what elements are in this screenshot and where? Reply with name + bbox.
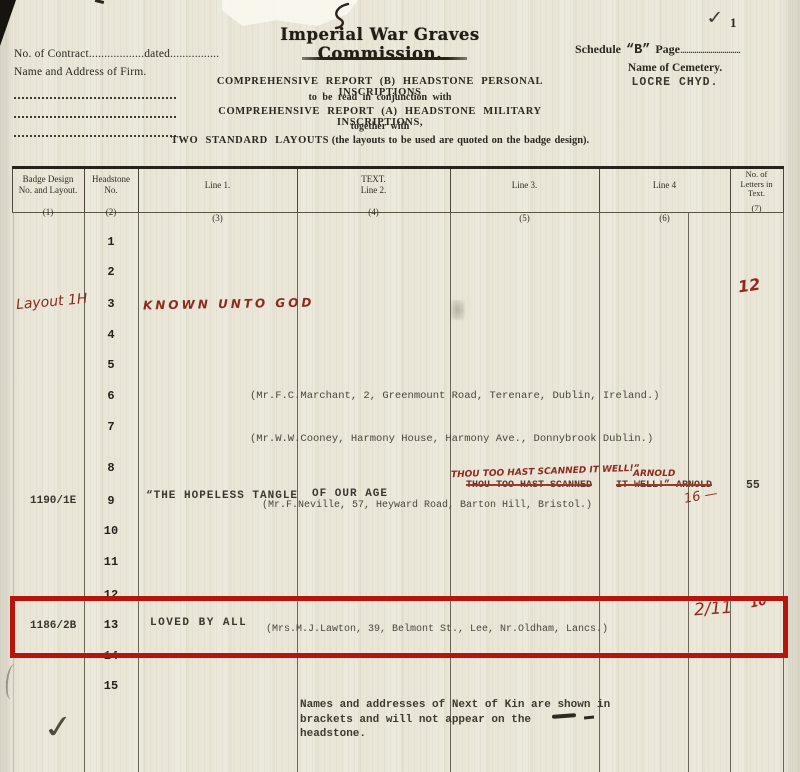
firm-line: Name and Address of Firm. [14,66,146,78]
layouts-label: TWO STANDARD LAYOUTS [171,135,329,146]
cemetery-name: LOCRE CHYD. [575,76,775,89]
column-rule [138,213,139,772]
page-label: Page [655,42,680,56]
headstone-number-2: 2 [84,265,138,279]
column-header-3: Line 1. (3) [138,167,297,225]
column-header-1: Badge Design No. and Layout. (1) [12,167,84,219]
headstone-number-1: 1 [84,235,138,249]
cemetery-label: Name of Cemetery. [575,62,775,74]
headstone-number-11: 11 [84,555,138,569]
schedule-letter: “B” [624,43,652,58]
paper-tear [222,0,358,26]
scanned-document: ✓ 1 No. of Contract..................dat… [0,0,800,772]
row9-letter-count: 55 [746,479,760,492]
headstone-number-7: 7 [84,420,138,434]
footnote-line1: Names and addresses of Next of Kin are s… [300,698,610,713]
column-header-5: Line 3. (5) [450,167,599,225]
corner-shadow-mark [0,0,16,46]
row9-struck-text-a: THOU TOO HAST SCANNED [466,480,592,491]
headstone-number-8: 8 [84,461,138,475]
footnote-line2: brackets and will not appear on the [300,713,610,728]
schedule-line: Schedule “B” Page.......................… [575,42,775,58]
row9-badge-design: 1190/1E [30,495,76,507]
row13-handwritten-number: 2/11 [693,598,732,621]
bottom-checkmark-icon: ✓ [40,708,77,748]
page-dots: .............................. [680,42,740,56]
headstone-number-13: 13 [84,618,138,632]
conjunction-line: to be read in conjunction with [175,92,585,103]
row13-next-of-kin: (Mrs.M.J.Lawton, 39, Belmont St., Lee, N… [266,624,608,635]
commission-title: Imperial War Graves Commission. [230,25,530,63]
row6-next-of-kin: (Mr.F.C.Marchant, 2, Greenmount Road, Te… [250,390,660,402]
row3-inscription: KNOWN UNTO GOD [143,296,315,313]
headstone-number-10: 10 [84,524,138,538]
column-header-4: TEXT. Line 2. (4) [297,167,450,219]
headstone-number-4: 4 [84,328,138,342]
headstone-number-14: 14 [84,649,138,663]
page-number: 1 [730,15,737,31]
column-rule [783,213,784,772]
dotted-rule-1 [14,96,176,99]
layouts-note: (the layouts to be used are quoted on th… [332,135,589,146]
row13-inscription-line1: LOVED BY ALL [150,617,247,629]
headstone-number-5: 5 [84,358,138,372]
headstone-number-3: 3 [84,297,138,311]
headstone-number-15: 15 [84,679,138,693]
page-checkmark-icon: ✓ [705,7,726,29]
pencil-smudge [450,300,465,320]
column-header-2: Headstone No. (2) [84,167,138,219]
row13-badge-design: 1186/2B [30,620,76,632]
contract-line: No. of Contract..................dated..… [14,48,219,60]
row3-letter-count: 12 [737,275,762,297]
together-line: together with [175,121,585,132]
column-header-7: No. of Letters in Text. (7) [730,167,783,215]
column-rule [13,213,14,772]
header-border [783,167,784,213]
schedule-label: Schedule [575,42,621,56]
headstone-number-9: 9 [84,494,138,508]
row9-inscription-line2: OF OUR AGE [312,488,388,500]
row9-next-of-kin: (Mr.F.Neville, 57, Heyward Road, Barton … [262,500,592,511]
edge-speck [95,0,104,4]
row9-handwritten-correction: THOU TOO HAST SCANNED IT WELL!” [451,464,640,481]
row9-handwritten-author: ARNOLD [633,469,675,479]
headstone-number-6: 6 [84,389,138,403]
column-rule [450,213,451,772]
row3-layout-annotation: Layout 1H [15,291,88,313]
column-rule [599,213,600,772]
footnote: Names and addresses of Next of Kin are s… [300,698,610,742]
headstone-number-12: 12 [84,588,138,602]
column-header-6: Line 4 (6) [599,167,730,225]
dotted-rule-3 [14,134,176,137]
footnote-line3: headstone. [300,727,610,742]
dotted-rule-2 [14,115,176,118]
layouts-line: TWO STANDARD LAYOUTS (the layouts to be … [170,135,590,146]
row13-letter-count: 10 [749,593,768,610]
row7-next-of-kin: (Mr.W.W.Cooney, Harmony House, Harmony A… [250,433,653,445]
column-rule [730,213,731,772]
